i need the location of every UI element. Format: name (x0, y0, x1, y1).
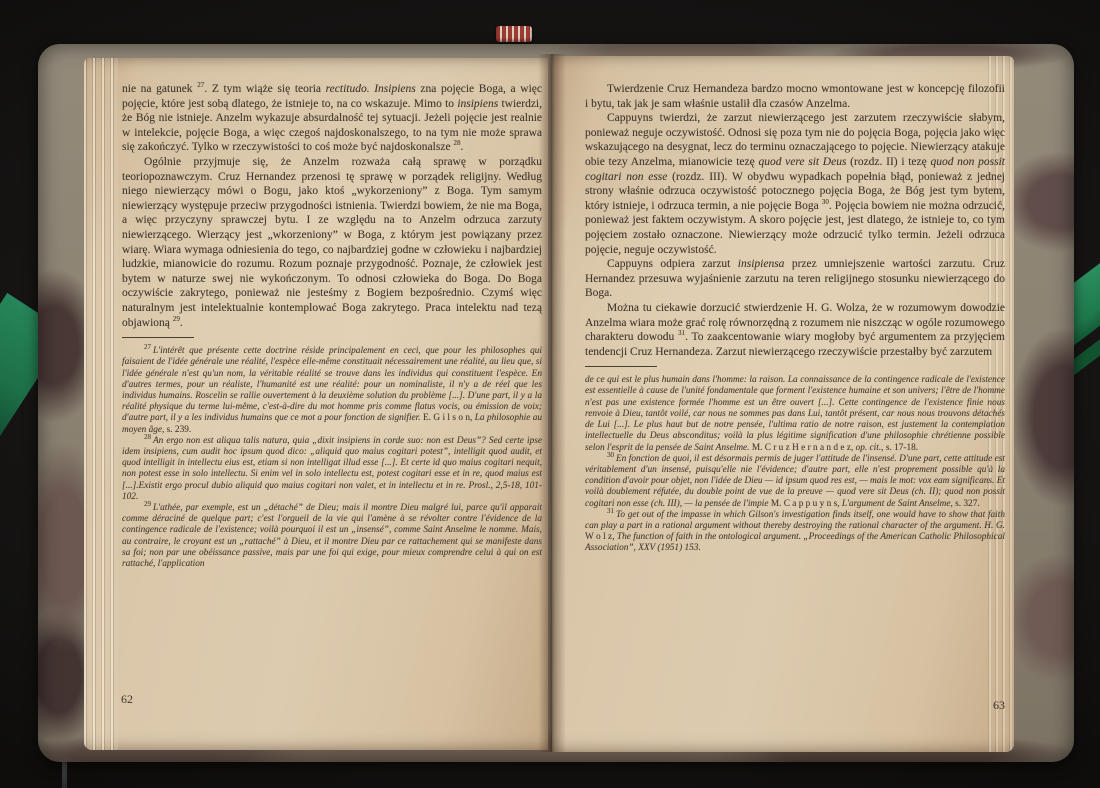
paragraph: Ogólnie przyjmuje się, że Anzelm rozważa… (122, 155, 542, 330)
paragraph: Cappuyns twierdzi, że zarzut niewierzące… (585, 111, 1005, 257)
footnote-number: 31 (607, 507, 614, 515)
footnote-number: 30 (607, 451, 614, 459)
footnote: 30En fonction de quoi, il est désormais … (585, 454, 1005, 510)
paragraph: Twierdzenie Cruz Hernandeza bardzo mocno… (585, 82, 1005, 111)
left-page-content: nie na gatunek 27. Z tym wiąże się teori… (122, 82, 542, 570)
photographed-book-scan: { "colors": { "background": "#131211", "… (0, 0, 1100, 788)
footnote-number: 29 (144, 500, 151, 508)
page-number-right: 63 (585, 698, 1005, 713)
footnote: 31To get out of the impasse in which Gil… (585, 510, 1005, 555)
paragraph: nie na gatunek 27. Z tym wiąże się teori… (122, 82, 542, 155)
footnote: 27L'intérêt que présente cette doctrine … (122, 346, 542, 436)
page-number-left: 62 (121, 692, 133, 707)
footnote: 28An ergo non est aliqua talis natura, q… (122, 436, 542, 503)
footnote-continuation: de ce qui est le plus humain dans l'homm… (585, 375, 1005, 453)
footnote: 29L'athée, par exemple, est un „détaché”… (122, 503, 542, 570)
spine-headband (496, 26, 532, 42)
footnote-separator (122, 337, 194, 338)
paragraph: Można tu ciekawie dorzucić stwierdzenie … (585, 301, 1005, 359)
footnote-number: 27 (144, 343, 151, 351)
paragraph: Cappuyns odpiera zarzut insipiensa przez… (585, 257, 1005, 301)
right-page-content: Twierdzenie Cruz Hernandeza bardzo mocno… (585, 82, 1005, 555)
footnote-number: 28 (144, 433, 151, 441)
footnote-separator (585, 366, 657, 367)
